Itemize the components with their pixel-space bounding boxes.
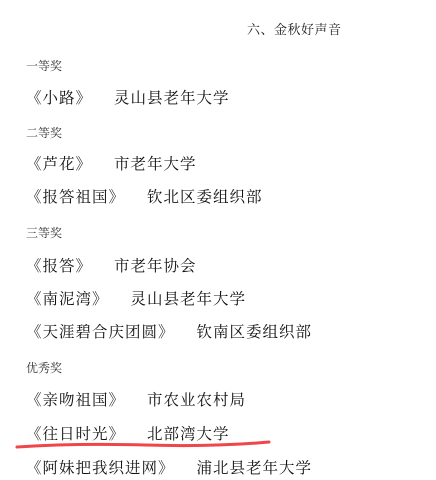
- entry-organization: 市老年大学: [114, 155, 197, 173]
- award-entry: 《天涯碧合庆团圆》钦南区委组织部: [26, 320, 312, 342]
- entry-organization: 灵山县老年大学: [114, 89, 230, 107]
- award-entry: 《小路》灵山县老年大学: [26, 86, 230, 108]
- entry-title: 《阿妹把我织进网》: [26, 459, 175, 477]
- entry-title: 《报答祖国》: [26, 188, 125, 206]
- entry-title: 《天涯碧合庆团圆》: [26, 323, 175, 341]
- entry-organization: 市老年协会: [114, 257, 197, 275]
- award-entry: 《阿妹把我织进网》浦北县老年大学: [26, 456, 312, 478]
- red-underline-annotation: [15, 440, 271, 450]
- award-entry: 《芦花》市老年大学: [26, 152, 197, 174]
- award-entry: 《亲吻祖国》市农业农村局: [26, 388, 246, 410]
- category-label-second-prize: 二等奖: [26, 124, 62, 141]
- category-label-third-prize: 三等奖: [26, 224, 62, 241]
- award-entry: 《南泥湾》灵山县老年大学: [26, 287, 246, 309]
- award-entry: 《报答祖国》钦北区委组织部: [26, 185, 263, 207]
- entry-organization: 钦南区委组织部: [197, 323, 313, 341]
- entry-organization: 浦北县老年大学: [197, 459, 313, 477]
- section-title: 六、金秋好声音: [247, 19, 342, 38]
- category-label-first-prize: 一等奖: [26, 57, 62, 74]
- entry-organization: 市农业农村局: [147, 391, 246, 409]
- entry-title: 《芦花》: [26, 155, 92, 173]
- entry-title: 《小路》: [26, 89, 92, 107]
- category-label-honorable-mention: 优秀奖: [26, 359, 62, 376]
- entry-title: 《南泥湾》: [26, 290, 109, 308]
- entry-title: 《报答》: [26, 257, 92, 275]
- entry-organization: 钦北区委组织部: [147, 188, 263, 206]
- entry-title: 《亲吻祖国》: [26, 391, 125, 409]
- award-entry: 《报答》市老年协会: [26, 254, 197, 276]
- entry-organization: 灵山县老年大学: [131, 290, 247, 308]
